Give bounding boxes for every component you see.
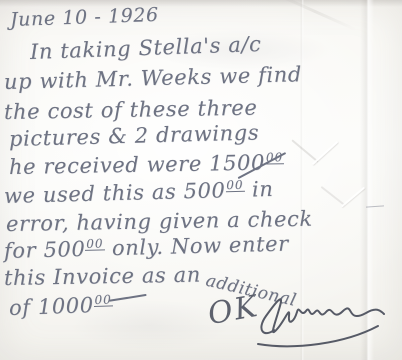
signature-scrawl: [244, 286, 394, 352]
line-text: he received were 1500: [9, 151, 265, 179]
cents-superscript: 00: [85, 237, 105, 251]
line-text: only. Now enter: [104, 232, 289, 261]
cents-superscript: 00: [225, 179, 245, 193]
handwritten-line: the cost of these three: [4, 96, 258, 124]
line-text: for 500: [4, 237, 86, 263]
line-text: in: [244, 177, 273, 202]
line-text: this Invoice as an: [4, 263, 201, 290]
amount-fraction-bar: [109, 294, 147, 302]
handwritten-line: of 100000: [9, 291, 148, 320]
scanned-note-photo: June 10 - 1926 In taking Stella's a/c up…: [0, 0, 402, 360]
line-text: the cost of these three: [4, 96, 258, 124]
line-text: of 1000: [9, 293, 95, 320]
